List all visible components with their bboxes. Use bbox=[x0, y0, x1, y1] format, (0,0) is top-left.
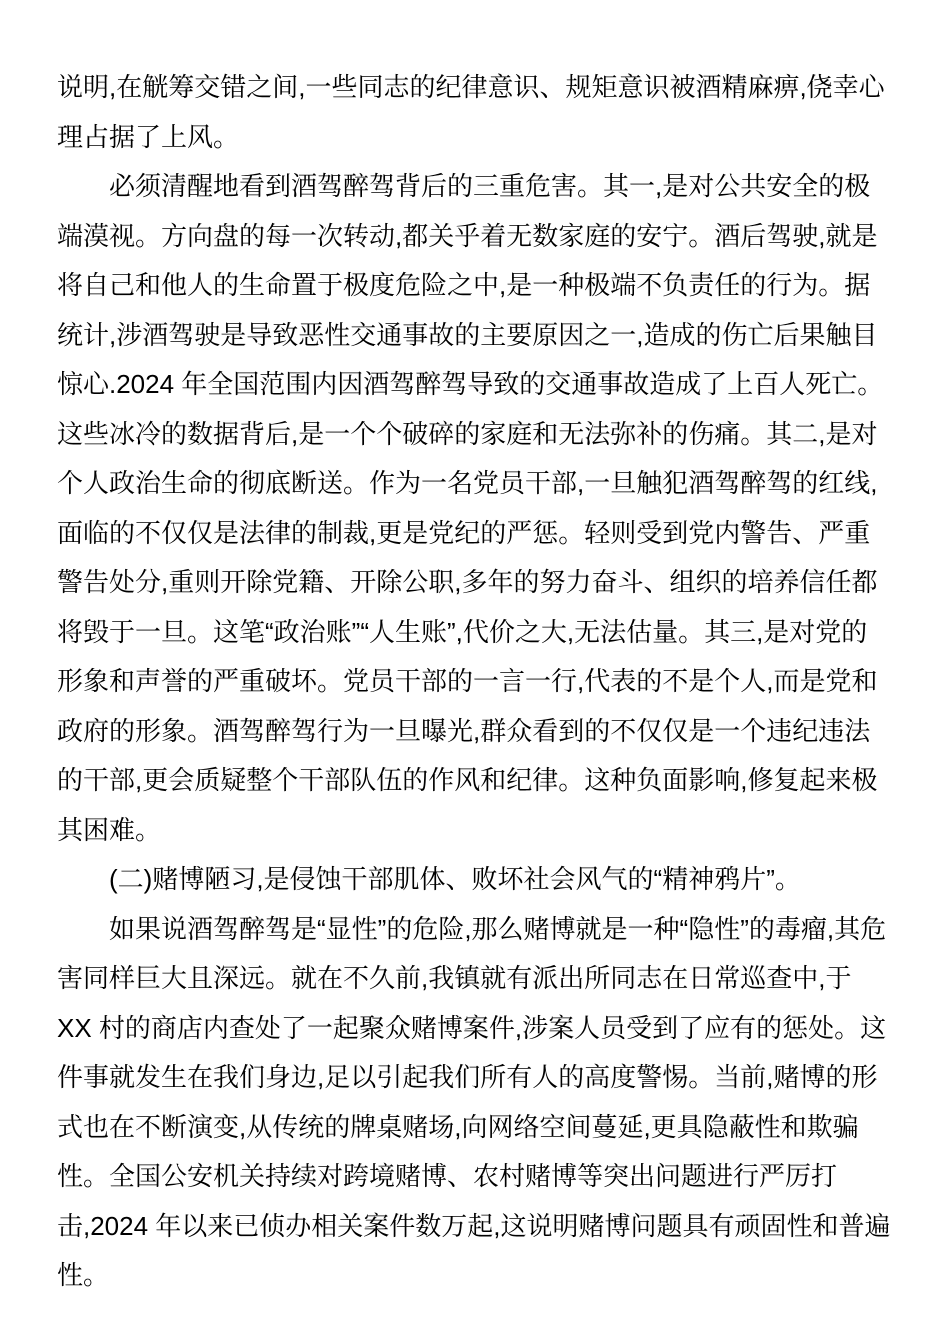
paragraph-section-heading-gambling: (二)赌博陋习,是侵蚀干部肌体、败坏社会风气的“精神鸦片”。 bbox=[57, 855, 893, 905]
paragraph-continuation: 说明,在觥筹交错之间,一些同志的纪律意识、规矩意识被酒精麻痹,侥幸心理占据了上风… bbox=[57, 63, 893, 162]
document-page: 说明,在觥筹交错之间,一些同志的纪律意识、规矩意识被酒精麻痹,侥幸心理占据了上风… bbox=[0, 0, 950, 1344]
paragraph-three-harms: 必须清醒地看到酒驾醉驾背后的三重危害。其一,是对公共安全的极端漠视。方向盘的每一… bbox=[57, 162, 893, 855]
paragraph-gambling-detail: 如果说酒驾醉驾是“显性”的危险,那么赌博就是一种“隐性”的毒瘤,其危害同样巨大且… bbox=[57, 905, 893, 1301]
document-text-area: 说明,在觥筹交错之间,一些同志的纪律意识、规矩意识被酒精麻痹,侥幸心理占据了上风… bbox=[57, 63, 893, 1301]
